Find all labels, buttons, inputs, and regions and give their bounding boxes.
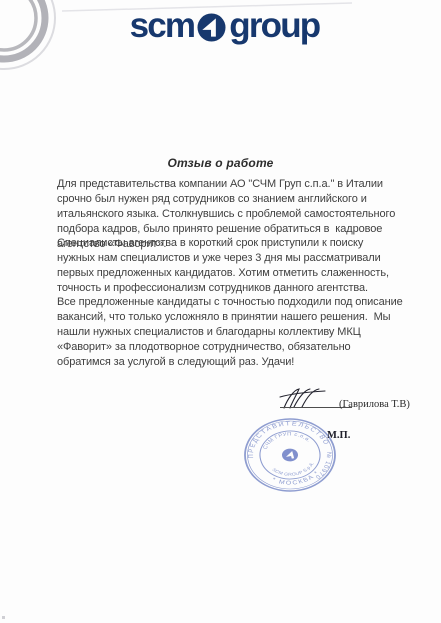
seal-place-mark: М.П. (327, 430, 350, 441)
scm-group-logo-icon (197, 13, 226, 42)
document-title: Отзыв о работе (0, 156, 441, 170)
logo-text-group: group (229, 5, 319, 47)
logo-text-scm: scm (130, 5, 195, 47)
paragraph-2: Специалисты агентства в короткий срок пр… (57, 236, 404, 296)
scanned-letter-page: scm group Отзыв о работе Для представите… (0, 0, 441, 623)
stamp-center-logo-icon (281, 447, 300, 462)
paragraph-3: Все предложенные кандидаты с точностью п… (57, 295, 404, 370)
scan-speck (2, 616, 5, 619)
signatory-name: (Гаврилова Т.В) (339, 399, 410, 410)
company-logo: scm group (0, 5, 441, 47)
company-round-stamp: ПРЕДСТАВИТЕЛЬСТВО № 10970 * МОСКВА * СЧМ… (236, 410, 344, 500)
